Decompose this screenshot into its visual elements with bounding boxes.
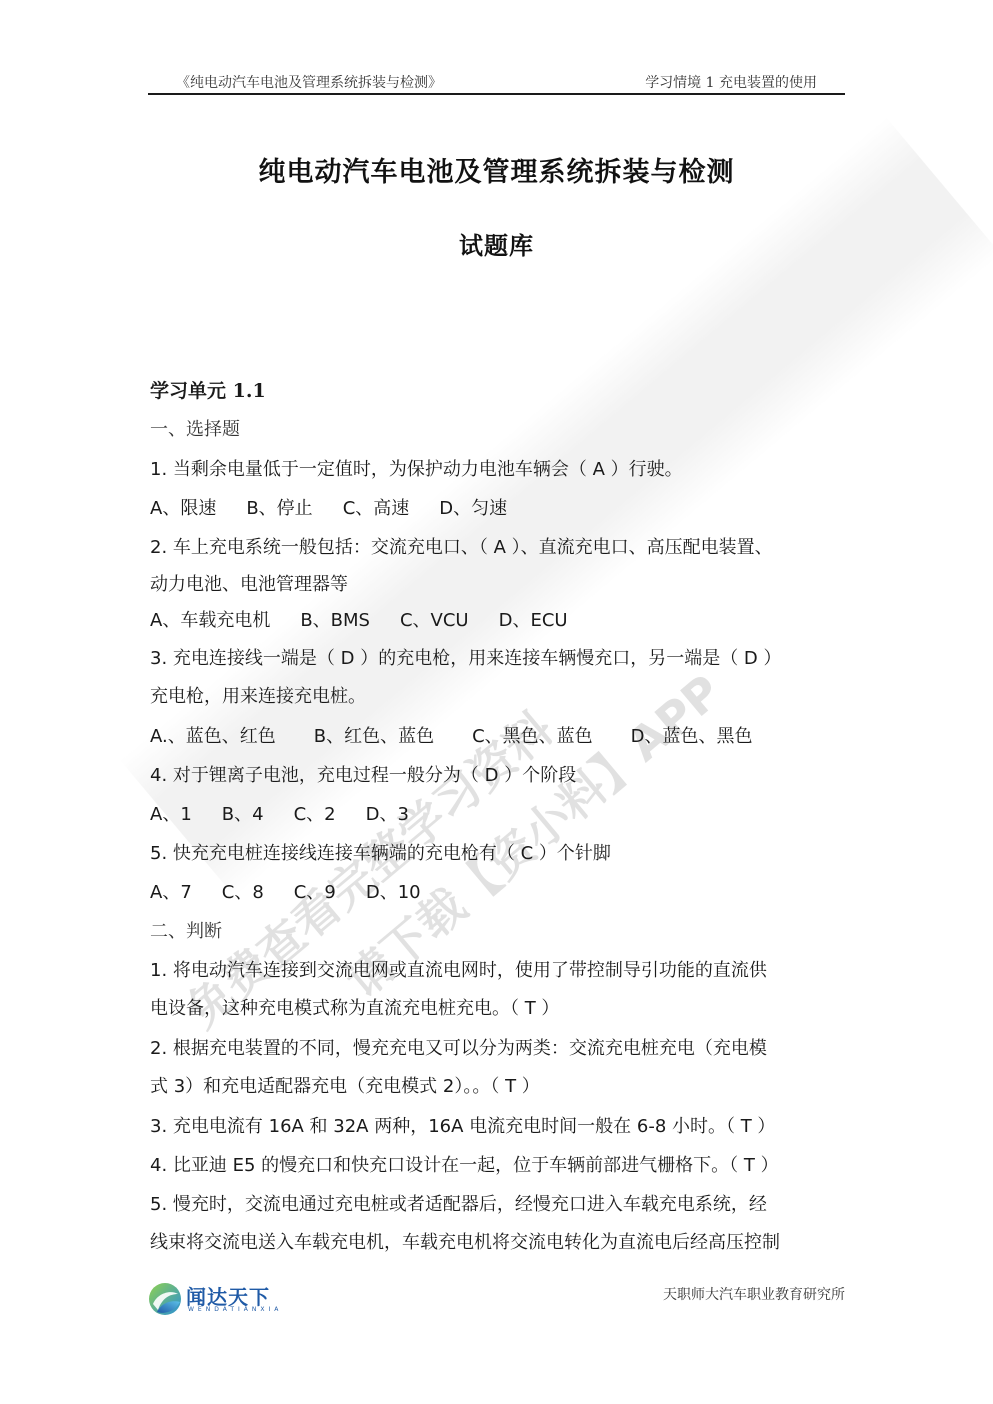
judge-4: 4. 比亚迪 E5 的慢充口和快充口设计在一起，位于车辆前部进气栅格下。（ T … [150, 1151, 779, 1177]
option: D、ECU [499, 606, 568, 632]
question-5: 5. 快充充电桩连接线连接车辆端的充电枪有（ C ）个针脚 [150, 839, 611, 865]
option: C、高速 [343, 494, 410, 520]
judge-2-line-2: 式 3）和充电适配器充电（充电模式 2）。。（ T ） [150, 1072, 540, 1098]
header-rule [148, 93, 845, 95]
judge-5-line-1: 5. 慢充时，交流电通过充电桩或者适配器后，经慢充口进入车载充电系统，经 [150, 1190, 767, 1216]
options-row-2: A、车载充电机B、BMSC、VCUD、ECU [150, 606, 598, 632]
option: C、9 [294, 878, 336, 904]
options-row-1: A、限速B、停止C、高速D、匀速 [150, 494, 537, 520]
document-page: 免费查看完整学习资料 请下载【资小料】APP 《纯电动汽车电池及管理系统拆装与检… [0, 0, 993, 1404]
option: B、停止 [246, 494, 312, 520]
footer-institute: 天职师大汽车职业教育研究所 [663, 1284, 845, 1304]
option: A、限速 [150, 494, 216, 520]
option: A、1 [150, 800, 192, 826]
options-row-3: A.、蓝色、红色B、红色、蓝色C、黑色、蓝色D、蓝色、黑色 [150, 722, 783, 748]
option: C、2 [294, 800, 336, 826]
logo-swirl-icon [148, 1282, 182, 1316]
question-2-line-1: 2. 车上充电系统一般包括：交流充电口、（ A ）、直流充电口、高压配电装置、 [150, 533, 773, 559]
question-3-line-1: 3. 充电连接线一端是（ D ）的充电枪，用来连接车辆慢充口，另一端是（ D ） [150, 644, 782, 670]
header-book-title: 《纯电动汽车电池及管理系统拆装与检测》 [176, 72, 442, 92]
judge-1-line-2: 电设备，这种充电模式称为直流充电桩充电。（ T ） [150, 994, 559, 1020]
option: C、黑色、蓝色 [472, 722, 593, 748]
option: D、蓝色、黑色 [631, 722, 753, 748]
option: B、4 [222, 800, 264, 826]
logo-text-en: WENDATIANXIA [188, 1306, 282, 1313]
options-row-4: A、1B、4C、2D、3 [150, 800, 439, 826]
judge-1-line-1: 1. 将电动汽车连接到交流电网或直流电网时，使用了带控制导引功能的直流供 [150, 956, 767, 982]
question-4: 4. 对于锂离子电池，充电过程一般分为（ D ）个阶段 [150, 761, 576, 787]
judge-3: 3. 充电电流有 16A 和 32A 两种，16A 电流充电时间一般在 6-8 … [150, 1112, 775, 1138]
option: D、匀速 [439, 494, 507, 520]
header-chapter: 学习情境 1 充电装置的使用 [645, 72, 817, 92]
option: A、7 [150, 878, 192, 904]
option: A、车载充电机 [150, 606, 270, 632]
option: B、BMS [300, 606, 370, 632]
option: D、3 [366, 800, 409, 826]
question-1: 1. 当剩余电量低于一定值时，为保护动力电池车辆会（ A ）行驶。 [150, 455, 683, 481]
judge-2-line-1: 2. 根据充电装置的不同，慢充充电又可以分为两类：交流充电桩充电（充电模 [150, 1034, 767, 1060]
options-row-5: A、7C、8C、9D、10 [150, 878, 451, 904]
document-title: 纯电动汽车电池及管理系统拆装与检测 [0, 150, 993, 189]
section-heading-choice: 一、选择题 [150, 415, 240, 441]
question-2-line-2: 动力电池、电池管理器等 [150, 570, 348, 596]
option: C、8 [222, 878, 264, 904]
question-3-line-2: 充电枪，用来连接充电桩。 [150, 682, 366, 708]
section-heading-judge: 二、判断 [150, 917, 222, 943]
unit-heading: 学习单元 1.1 [150, 376, 266, 403]
document-subtitle: 试题库 [0, 226, 993, 261]
judge-5-line-2: 线束将交流电送入车载充电机，车载充电机将交流电转化为直流电后经高压控制 [150, 1228, 780, 1254]
page-header: 《纯电动汽车电池及管理系统拆装与检测》 学习情境 1 充电装置的使用 [148, 68, 845, 94]
option: D、10 [366, 878, 421, 904]
option: A.、蓝色、红色 [150, 722, 276, 748]
option: B、红色、蓝色 [314, 722, 434, 748]
option: C、VCU [400, 606, 469, 632]
publisher-logo: 闻达天下 WENDATIANXIA [148, 1280, 288, 1316]
